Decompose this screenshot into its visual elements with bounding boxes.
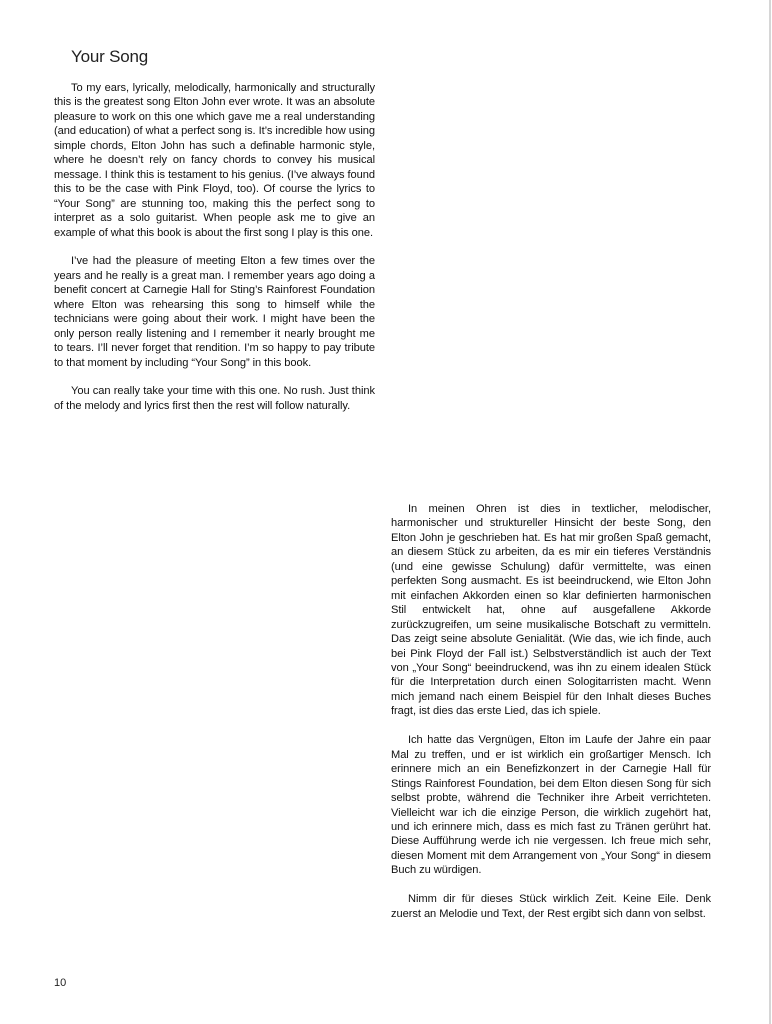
page-number: 10 [54, 977, 66, 989]
german-text-column: In meinen Ohren ist dies in textlicher, … [391, 502, 711, 936]
page-edge-divider [769, 0, 771, 1024]
page-title: Your Song [71, 47, 148, 67]
german-paragraph-3: Nimm dir für dieses Stück wirklich Zeit.… [391, 892, 711, 921]
english-text-column: To my ears, lyrically, melodically, harm… [54, 81, 375, 428]
german-paragraph-2: Ich hatte das Vergnügen, Elton im Laufe … [391, 733, 711, 878]
german-paragraph-1: In meinen Ohren ist dies in textlicher, … [391, 502, 711, 719]
english-paragraph-2: I’ve had the pleasure of meeting Elton a… [54, 254, 375, 370]
english-paragraph-1: To my ears, lyrically, melodically, harm… [54, 81, 375, 240]
english-paragraph-3: You can really take your time with this … [54, 384, 375, 413]
